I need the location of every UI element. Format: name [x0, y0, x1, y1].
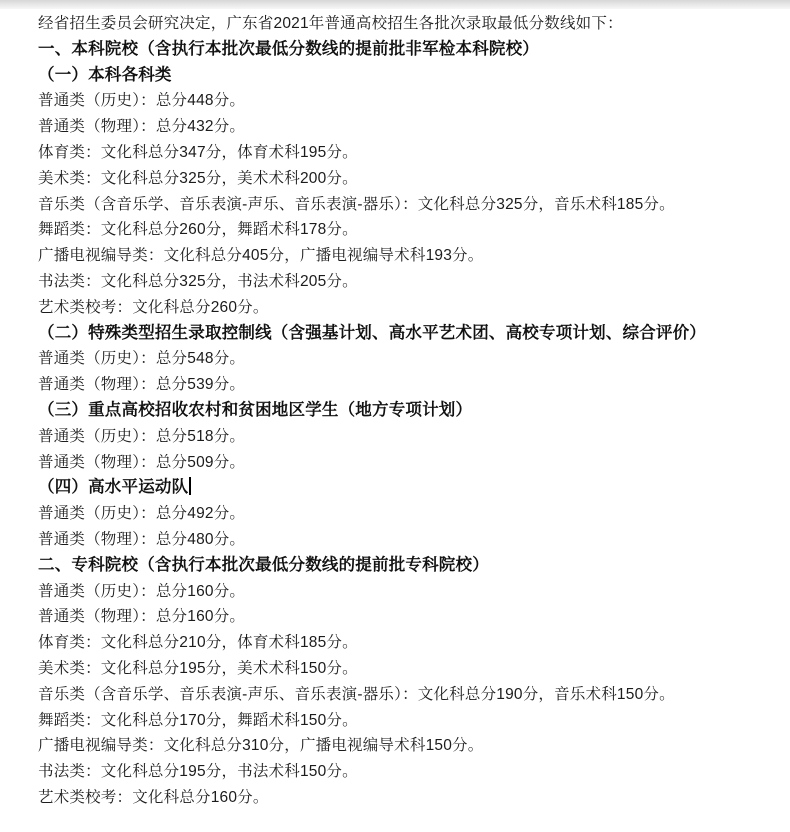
- score-line: 美术类：文化科总分325分，美术术科200分。: [38, 166, 772, 192]
- score-line: 普通类（历史）：总分492分。: [38, 501, 772, 527]
- score-line: 舞蹈类：文化科总分170分，舞蹈术科150分。: [38, 708, 772, 734]
- subsection-heading-athletics-team: （四）高水平运动队: [38, 475, 772, 501]
- score-line: 体育类：文化科总分347分，体育术科195分。: [38, 140, 772, 166]
- subsection-heading-text: （四）高水平运动队: [38, 478, 188, 496]
- score-line: 广播电视编导类：文化科总分310分，广播电视编导术科150分。: [38, 733, 772, 759]
- score-line: 普通类（历史）：总分448分。: [38, 88, 772, 114]
- document-body: 经省招生委员会研究决定，广东省2021年普通高校招生各批次录取最低分数线如下： …: [0, 9, 790, 811]
- score-line: 普通类（物理）：总分539分。: [38, 372, 772, 398]
- score-line: 普通类（历史）：总分548分。: [38, 346, 772, 372]
- score-line: 普通类（历史）：总分518分。: [38, 424, 772, 450]
- section-heading-zhuanke: 二、专科院校（含执行本批次最低分数线的提前批专科院校）: [38, 553, 772, 579]
- score-line: 普通类（历史）：总分160分。: [38, 579, 772, 605]
- score-line: 普通类（物理）：总分480分。: [38, 527, 772, 553]
- window-top-edge: [0, 0, 790, 9]
- score-line: 音乐类（含音乐学、音乐表演-声乐、音乐表演-器乐）：文化科总分325分，音乐术科…: [38, 192, 772, 218]
- score-line: 广播电视编导类：文化科总分405分，广播电视编导术科193分。: [38, 243, 772, 269]
- score-line: 普通类（物理）：总分509分。: [38, 450, 772, 476]
- score-line: 音乐类（含音乐学、音乐表演-声乐、音乐表演-器乐）：文化科总分190分，音乐术科…: [38, 682, 772, 708]
- subsection-heading-rural-plan: （三）重点高校招收农村和贫困地区学生（地方专项计划）: [38, 398, 772, 424]
- score-line: 书法类：文化科总分325分，书法术科205分。: [38, 269, 772, 295]
- score-line: 美术类：文化科总分195分，美术术科150分。: [38, 656, 772, 682]
- score-line: 书法类：文化科总分195分，书法术科150分。: [38, 759, 772, 785]
- score-line: 艺术类校考：文化科总分160分。: [38, 785, 772, 811]
- score-line: 普通类（物理）：总分160分。: [38, 604, 772, 630]
- score-line: 普通类（物理）：总分432分。: [38, 114, 772, 140]
- section-heading-benke: 一、本科院校（含执行本批次最低分数线的提前批非军检本科院校）: [38, 37, 772, 63]
- subsection-heading-benke-all: （一）本科各科类: [38, 63, 772, 89]
- intro-line: 经省招生委员会研究决定，广东省2021年普通高校招生各批次录取最低分数线如下：: [38, 11, 772, 37]
- score-line: 艺术类校考：文化科总分260分。: [38, 295, 772, 321]
- text-cursor: [189, 477, 191, 495]
- score-line: 舞蹈类：文化科总分260分，舞蹈术科178分。: [38, 217, 772, 243]
- subsection-heading-special-type: （二）特殊类型招生录取控制线（含强基计划、高水平艺术团、高校专项计划、综合评价）: [38, 321, 772, 347]
- score-line: 体育类：文化科总分210分，体育术科185分。: [38, 630, 772, 656]
